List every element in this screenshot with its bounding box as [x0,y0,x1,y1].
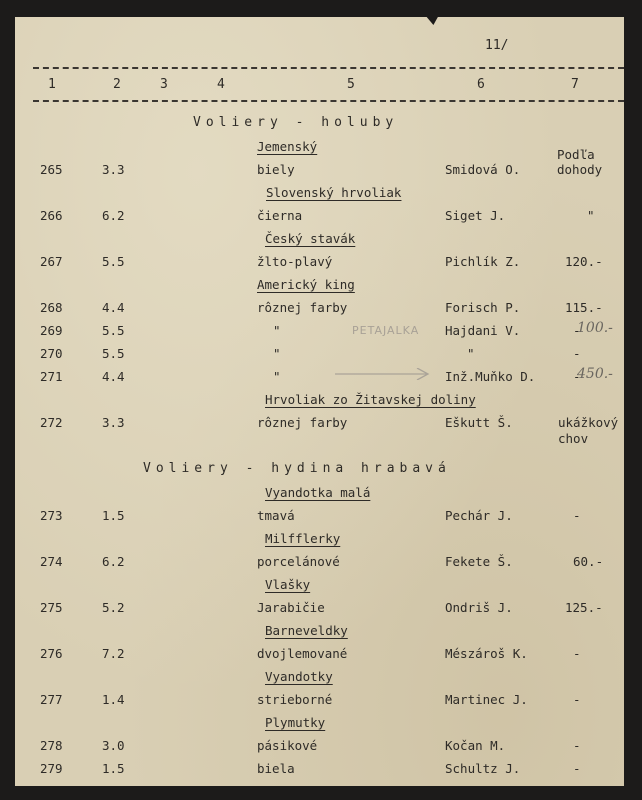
row-color: rôznej farby [257,415,347,430]
row-count: 5.5 [102,254,125,269]
row-color: " [273,346,281,361]
row-price: - [573,508,581,523]
column-number-1: 1 [48,77,56,92]
row-price: Podľa [557,147,595,162]
row-count: 3.3 [102,415,125,430]
column-number-6: 6 [477,77,485,92]
section-title-pigeons: Voliery - holuby [193,115,398,130]
breed-heading: Milfflerky [265,531,340,546]
column-number-5: 5 [347,77,355,92]
row-owner: Inž.Muňko D. [445,369,535,384]
row-owner: Smidová O. [445,162,520,177]
row-owner: Siget J. [445,208,505,223]
row-color: " [273,369,281,384]
row-number: 269 [40,323,63,338]
document-page: 11/ 1 2 3 4 5 6 7 Voliery - holuby Jemen… [15,17,624,786]
row-price: - [573,646,581,661]
row-price: ukážkový [558,415,618,430]
row-owner: Mészároš K. [445,646,528,661]
page-number: 11/ [485,38,508,53]
breed-heading: Vyandotka malá [265,485,370,500]
breed-heading: Barneveldky [265,623,348,638]
row-price: - [573,692,581,707]
handwritten-price: 450.- [577,366,613,382]
breed-heading: Vlašky [265,577,310,592]
row-count: 1.4 [102,692,125,707]
column-number-4: 4 [217,77,225,92]
row-number: 266 [40,208,63,223]
row-price: 125.- [565,600,603,615]
row-number: 279 [40,761,63,776]
row-color: porcelánové [257,554,340,569]
row-price: 120.- [565,254,603,269]
header-rule-top [33,67,624,69]
row-count: 3.0 [102,738,125,753]
row-count: 6.2 [102,208,125,223]
row-count: 1.5 [102,761,125,776]
row-count: 5.5 [102,323,125,338]
row-number: 273 [40,508,63,523]
row-number: 276 [40,646,63,661]
row-color: " [273,323,281,338]
header-rule-bottom [33,100,624,102]
row-color: tmavá [257,508,295,523]
row-owner: Eškutt Š. [445,415,513,430]
row-price-line2: dohody [557,162,602,177]
row-number: 277 [40,692,63,707]
row-price: - [573,761,581,776]
row-price: 115.- [565,300,603,315]
breed-heading: Jemenský [257,139,317,154]
column-number-3: 3 [160,77,168,92]
row-owner: Hajdani V. [445,323,520,338]
row-number: 270 [40,346,63,361]
pencil-arrow-icon [335,368,430,380]
column-number-2: 2 [113,77,121,92]
row-count: 1.5 [102,508,125,523]
row-color: strieborné [257,692,332,707]
row-count: 5.5 [102,346,125,361]
row-count: 5.2 [102,600,125,615]
row-owner: Kočan M. [445,738,505,753]
row-owner: Schultz J. [445,761,520,776]
row-color: rôznej farby [257,300,347,315]
row-count: 3.3 [102,162,125,177]
row-owner: Pichlík Z. [445,254,520,269]
row-color: biela [257,761,295,776]
row-number: 265 [40,162,63,177]
row-price: - [573,738,581,753]
row-owner: Ondriš J. [445,600,513,615]
row-price: - [573,346,581,361]
row-owner: Forisch P. [445,300,520,315]
row-count: 7.2 [102,646,125,661]
row-price: 60.- [573,554,603,569]
row-number: 274 [40,554,63,569]
row-number: 267 [40,254,63,269]
breed-heading: Slovenský hrvoliak [266,185,401,200]
breed-heading: Vyandotky [265,669,333,684]
row-color: Jarabičie [257,600,325,615]
paper-tear [425,15,439,25]
breed-heading: Hrvoliak zo Žitavskej doliny [265,392,476,407]
row-number: 268 [40,300,63,315]
row-price-line2: chov [558,431,588,446]
row-number: 275 [40,600,63,615]
row-color: biely [257,162,295,177]
row-number: 271 [40,369,63,384]
row-count: 6.2 [102,554,125,569]
row-color: dvojlemované [257,646,347,661]
row-number: 278 [40,738,63,753]
row-count: 4.4 [102,300,125,315]
row-number: 272 [40,415,63,430]
breed-heading: Americký king [257,277,355,292]
breed-heading: Český stavák [265,231,355,246]
handwritten-price: 100.- [577,320,613,336]
column-number-7: 7 [571,77,579,92]
row-color: čierna [257,208,302,223]
row-color: žlto-plavý [257,254,332,269]
pencil-annotation: PETAJALKA [352,324,419,337]
row-owner: Martinec J. [445,692,528,707]
row-color: pásikové [257,738,317,753]
row-owner: " [467,346,475,361]
row-count: 4.4 [102,369,125,384]
breed-heading: Plymutky [265,715,325,730]
row-owner: Pechár J. [445,508,513,523]
section-title-poultry: Voliery - hydina hrabavá [143,461,451,476]
row-price: " [587,208,595,223]
row-owner: Fekete Š. [445,554,513,569]
